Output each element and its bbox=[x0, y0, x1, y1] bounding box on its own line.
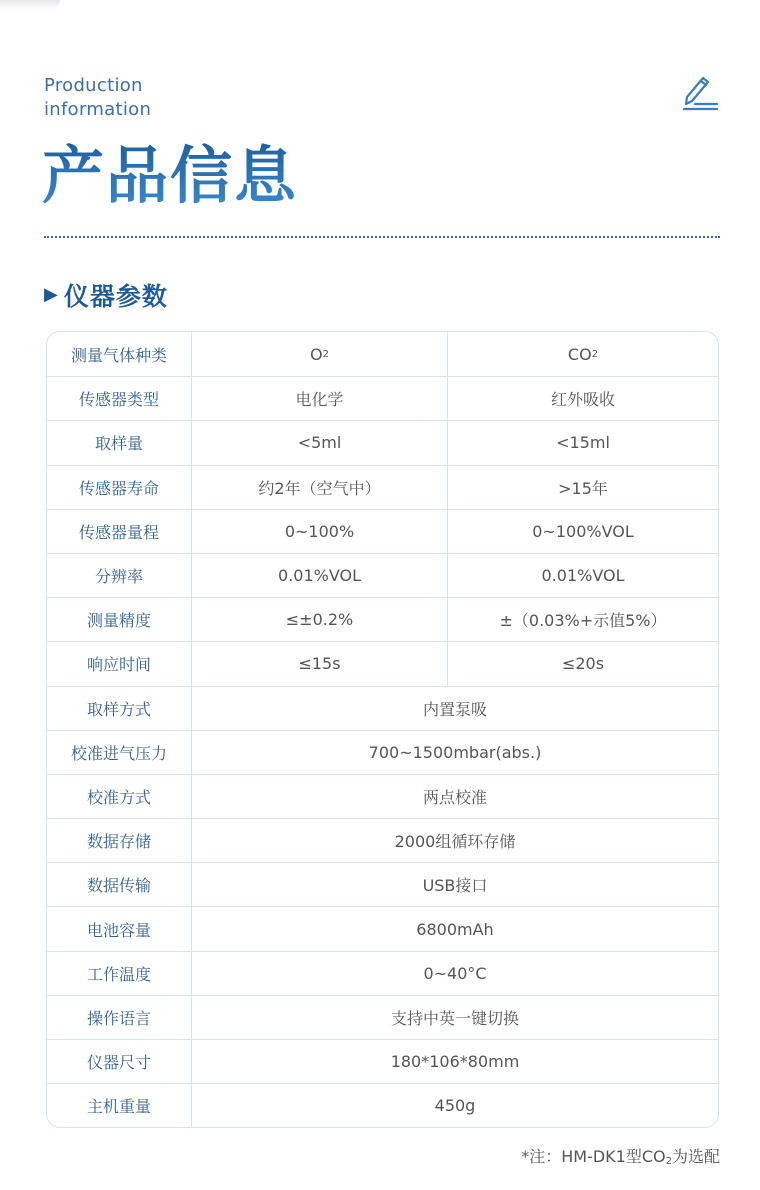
section-heading: ▶ 仪器参数 bbox=[44, 278, 168, 312]
row-label: 校准进气压力 bbox=[47, 731, 192, 774]
o2-value: O2 bbox=[192, 332, 448, 376]
row-label: 测量气体种类 bbox=[47, 332, 192, 376]
o2-value: <5ml bbox=[192, 421, 448, 464]
row-label: 工作温度 bbox=[47, 952, 192, 995]
row-value: 0~40°C bbox=[192, 952, 718, 995]
footnote: *注：HM-DK1型CO2为选配 bbox=[521, 1144, 720, 1167]
page-title: 产品信息 bbox=[42, 140, 298, 212]
row-value: 2000组循环存储 bbox=[192, 819, 718, 862]
table-row: 传感器寿命 约2年（空气中） >15年 bbox=[47, 465, 718, 509]
co2-value: 0~100%VOL bbox=[448, 510, 718, 553]
o2-value: 电化学 bbox=[192, 377, 448, 420]
co2-value: 红外吸收 bbox=[448, 377, 718, 420]
row-value: 两点校准 bbox=[192, 775, 718, 818]
table-row: 测量精度 ≤±0.2% ±（0.03%+示值5%） bbox=[47, 597, 718, 641]
o2-value: 约2年（空气中） bbox=[192, 466, 448, 509]
table-row: 仪器尺寸 180*106*80mm bbox=[47, 1039, 718, 1083]
row-label: 响应时间 bbox=[47, 642, 192, 685]
co2-value: CO2 bbox=[448, 332, 718, 376]
english-subtitle: Production information bbox=[44, 74, 151, 122]
dotted-divider bbox=[44, 236, 720, 238]
row-label: 取样量 bbox=[47, 421, 192, 464]
row-label: 测量精度 bbox=[47, 598, 192, 641]
co2-value: ≤20s bbox=[448, 642, 718, 685]
pencil-edit-icon bbox=[682, 74, 720, 112]
row-label: 取样方式 bbox=[47, 687, 192, 730]
o2-value: ≤±0.2% bbox=[192, 598, 448, 641]
row-label: 操作语言 bbox=[47, 996, 192, 1039]
table-row: 测量气体种类 O2 CO2 bbox=[47, 332, 718, 376]
spec-table: 测量气体种类 O2 CO2 传感器类型 电化学 红外吸收 取样量 <5ml <1… bbox=[46, 331, 719, 1128]
row-label: 主机重量 bbox=[47, 1084, 192, 1127]
row-value: 6800mAh bbox=[192, 907, 718, 950]
co2-value: ±（0.03%+示值5%） bbox=[448, 598, 718, 641]
row-label: 仪器尺寸 bbox=[47, 1040, 192, 1083]
table-row: 数据存储 2000组循环存储 bbox=[47, 818, 718, 862]
co2-value: >15年 bbox=[448, 466, 718, 509]
row-label: 电池容量 bbox=[47, 907, 192, 950]
row-value: 180*106*80mm bbox=[192, 1040, 718, 1083]
row-label: 传感器寿命 bbox=[47, 466, 192, 509]
table-row: 取样量 <5ml <15ml bbox=[47, 420, 718, 464]
row-value: 700~1500mbar(abs.) bbox=[192, 731, 718, 774]
top-edge-shadow bbox=[0, 0, 60, 10]
table-row: 传感器量程 0~100% 0~100%VOL bbox=[47, 509, 718, 553]
row-value: 450g bbox=[192, 1084, 718, 1127]
o2-value: ≤15s bbox=[192, 642, 448, 685]
table-row: 校准进气压力 700~1500mbar(abs.) bbox=[47, 730, 718, 774]
table-row: 数据传输 USB接口 bbox=[47, 862, 718, 906]
triangle-marker-icon: ▶ bbox=[44, 286, 58, 304]
table-row: 工作温度 0~40°C bbox=[47, 951, 718, 995]
table-row: 操作语言 支持中英一键切换 bbox=[47, 995, 718, 1039]
o2-value: 0~100% bbox=[192, 510, 448, 553]
table-row: 响应时间 ≤15s ≤20s bbox=[47, 641, 718, 685]
co2-value: 0.01%VOL bbox=[448, 554, 718, 597]
table-row: 校准方式 两点校准 bbox=[47, 774, 718, 818]
table-row: 取样方式 内置泵吸 bbox=[47, 686, 718, 730]
subtitle-line-1: Production bbox=[44, 74, 151, 98]
table-row: 主机重量 450g bbox=[47, 1083, 718, 1127]
subtitle-line-2: information bbox=[44, 98, 151, 122]
row-label: 传感器类型 bbox=[47, 377, 192, 420]
row-label: 分辨率 bbox=[47, 554, 192, 597]
co2-value: <15ml bbox=[448, 421, 718, 464]
row-label: 数据传输 bbox=[47, 863, 192, 906]
row-label: 数据存储 bbox=[47, 819, 192, 862]
row-value: 支持中英一键切换 bbox=[192, 996, 718, 1039]
row-label: 校准方式 bbox=[47, 775, 192, 818]
table-row: 分辨率 0.01%VOL 0.01%VOL bbox=[47, 553, 718, 597]
section-title: 仪器参数 bbox=[64, 277, 168, 313]
o2-value: 0.01%VOL bbox=[192, 554, 448, 597]
table-row: 电池容量 6800mAh bbox=[47, 906, 718, 950]
row-value: 内置泵吸 bbox=[192, 687, 718, 730]
table-row: 传感器类型 电化学 红外吸收 bbox=[47, 376, 718, 420]
row-label: 传感器量程 bbox=[47, 510, 192, 553]
row-value: USB接口 bbox=[192, 863, 718, 906]
